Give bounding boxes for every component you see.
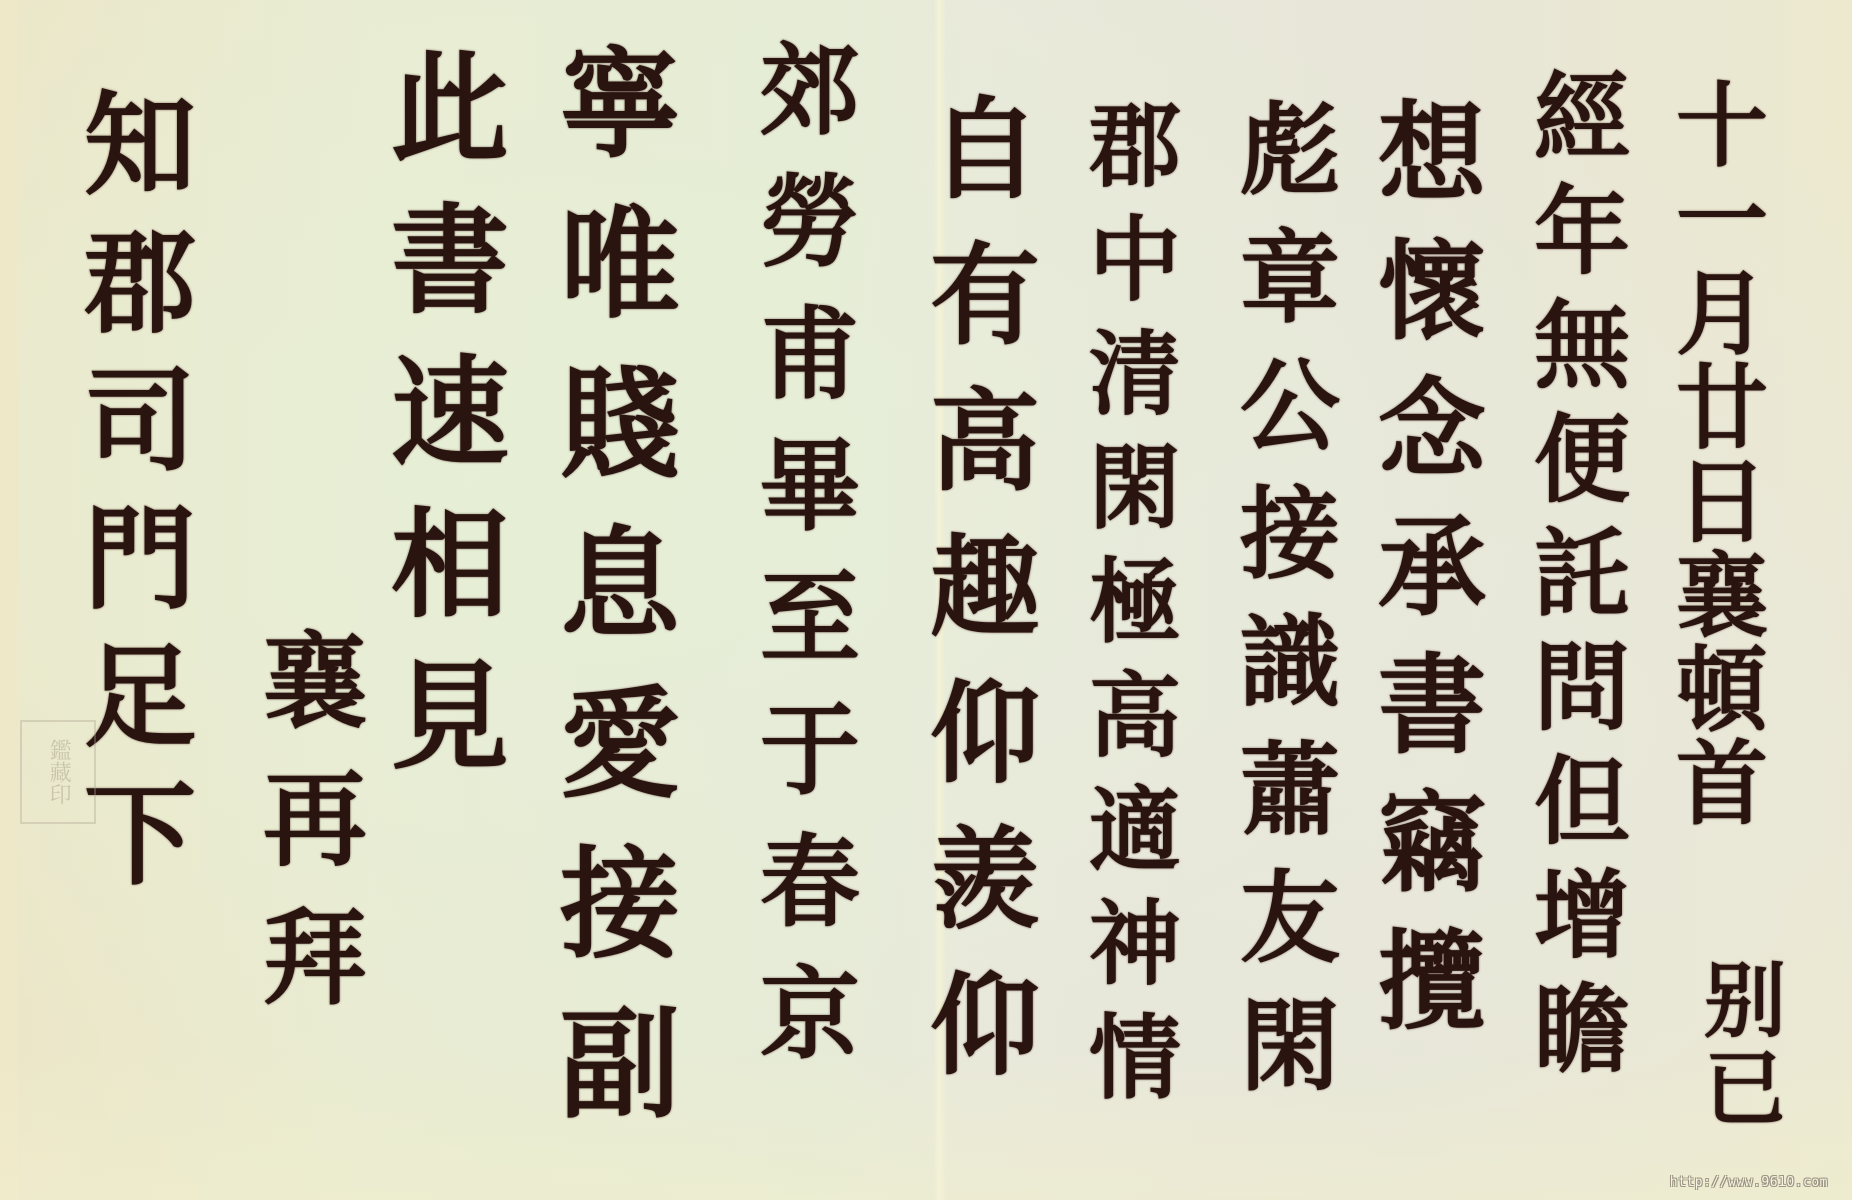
calligraphy-character: 問	[1534, 640, 1630, 736]
calligraphy-character: 襄	[263, 630, 367, 734]
calligraphy-character: 閑	[1240, 996, 1340, 1096]
calligraphy-character: 懷	[1378, 238, 1486, 346]
calligraphy-character: 一	[1676, 174, 1768, 266]
calligraphy-character: 畢	[760, 436, 860, 536]
calligraphy-character: 再	[263, 768, 367, 872]
calligraphy-character: 彪	[1240, 100, 1340, 200]
text-column-col-5: 郡中清閑極高適神情	[1089, 100, 1181, 1104]
calligraphy-character: 趣	[930, 533, 1040, 643]
calligraphy-character: 無	[1534, 298, 1630, 394]
calligraphy-character: 瞻	[1534, 982, 1630, 1078]
text-column-col-6: 自有高趣仰羨仰	[930, 95, 1040, 1081]
calligraphy-character: 郡	[84, 228, 196, 340]
calligraphy-character: 章	[1240, 228, 1340, 328]
calligraphy-character: 相	[391, 506, 509, 624]
text-column-col-2: 經年無便託問但增瞻	[1534, 70, 1630, 1078]
calligraphy-character: 拜	[263, 906, 367, 1010]
calligraphy-character: 託	[1534, 526, 1630, 622]
calligraphy-character: 高	[930, 387, 1040, 497]
calligraphy-character: 攬	[1378, 928, 1486, 1036]
text-column-col-3: 想懷念承書竊攬	[1378, 100, 1486, 1036]
calligraphy-character: 已	[1704, 1048, 1786, 1130]
calligraphy-character: 年	[1534, 184, 1630, 280]
calligraphy-character: 神	[1089, 898, 1181, 990]
calligraphy-character: 門	[84, 504, 196, 616]
calligraphy-character: 郊	[760, 40, 860, 140]
calligraphy-character: 自	[930, 95, 1040, 205]
calligraphy-character: 見	[391, 658, 509, 776]
calligraphy-character: 公	[1240, 356, 1340, 456]
calligraphy-character: 足	[84, 642, 196, 754]
calligraphy-character: 京	[760, 964, 860, 1064]
calligraphy-character: 承	[1378, 514, 1486, 622]
calligraphy-character: 别	[1704, 960, 1786, 1042]
text-column-col-7: 郊勞甫畢至于春京	[760, 40, 860, 1064]
calligraphy-character: 念	[1378, 376, 1486, 484]
watermark-url: http://www.9610.com	[1670, 1175, 1828, 1190]
left-margin-strip	[0, 0, 18, 1200]
text-column-col-9: 此書速相見	[391, 50, 509, 776]
calligraphy-character: 羨	[930, 825, 1040, 935]
calligraphy-character: 接	[560, 845, 680, 965]
collector-seal: 鑑藏印	[20, 720, 96, 824]
calligraphy-character: 此	[391, 50, 509, 168]
text-column-col-8: 寧唯賤息愛接副	[560, 45, 680, 1125]
calligraphy-character: 下	[84, 780, 196, 892]
calligraphy-character: 司	[84, 366, 196, 478]
calligraphy-character: 副	[560, 1005, 680, 1125]
calligraphy-character: 竊	[1378, 790, 1486, 898]
calligraphy-character: 速	[391, 354, 509, 472]
calligraphy-character: 唯	[560, 205, 680, 325]
calligraphy-character: 識	[1240, 612, 1340, 712]
calligraphy-character: 息	[560, 525, 680, 645]
calligraphy-character: 清	[1089, 328, 1181, 420]
calligraphy-character: 至	[760, 568, 860, 668]
calligraphy-character: 經	[1534, 70, 1630, 166]
calligraphy-character: 郡	[1089, 100, 1181, 192]
calligraphy-character: 勞	[760, 172, 860, 272]
calligraphy-character: 于	[760, 700, 860, 800]
calligraphy-character: 但	[1534, 754, 1630, 850]
calligraphy-character: 仰	[930, 679, 1040, 789]
calligraphy-character: 友	[1240, 868, 1340, 968]
calligraphy-character: 閑	[1089, 442, 1181, 534]
calligraphy-character: 愛	[560, 685, 680, 805]
text-column-col-1b: 别已	[1704, 960, 1786, 1130]
calligraphy-character: 頓	[1676, 644, 1768, 736]
calligraphy-character: 增	[1534, 868, 1630, 964]
calligraphy-character: 首	[1676, 738, 1768, 830]
calligraphy-character: 十	[1676, 80, 1768, 172]
calligraphy-character: 適	[1089, 784, 1181, 876]
calligraphy-character: 中	[1089, 214, 1181, 306]
text-column-col-10-signature: 襄再拜	[263, 630, 367, 1010]
calligraphy-character: 知	[84, 90, 196, 202]
calligraphy-character: 寧	[560, 45, 680, 165]
calligraphy-character: 情	[1089, 1012, 1181, 1104]
calligraphy-character: 有	[930, 241, 1040, 351]
calligraphy-character: 想	[1378, 100, 1486, 208]
calligraphy-character: 仰	[930, 971, 1040, 1081]
calligraphy-character: 甫	[760, 304, 860, 404]
calligraphy-character: 春	[760, 832, 860, 932]
calligraphy-character: 賤	[560, 365, 680, 485]
text-column-col-1: 十一月廿日襄頓首	[1676, 80, 1768, 830]
calligraphy-character: 日	[1676, 456, 1768, 548]
calligraphy-character: 便	[1534, 412, 1630, 508]
calligraphy-character: 高	[1089, 670, 1181, 762]
calligraphy-character: 極	[1089, 556, 1181, 648]
calligraphy-character: 襄	[1676, 550, 1768, 642]
calligraphy-character: 書	[391, 202, 509, 320]
text-column-col-4: 彪章公接識蕭友閑	[1240, 100, 1340, 1096]
calligraphy-character: 蕭	[1240, 740, 1340, 840]
text-column-col-11-addressee: 知郡司門足下	[84, 90, 196, 892]
calligraphy-character: 月	[1676, 268, 1768, 360]
calligraphy-character: 書	[1378, 652, 1486, 760]
calligraphy-character: 廿	[1676, 362, 1768, 454]
calligraphy-character: 接	[1240, 484, 1340, 584]
